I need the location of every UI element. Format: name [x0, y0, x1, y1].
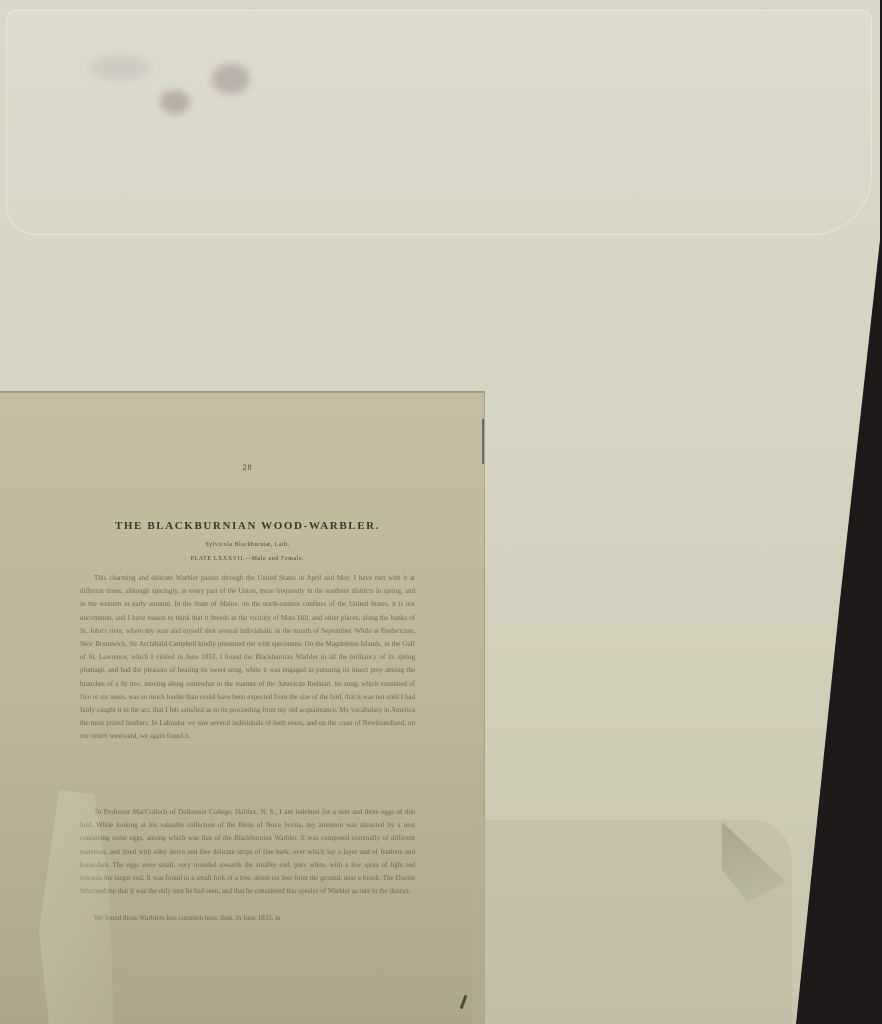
foxing-stain [212, 64, 250, 94]
page-edge-mark [482, 419, 484, 464]
foxing-stain [160, 90, 190, 114]
body-paragraph: This charming and delicate Warbler passe… [80, 572, 415, 806]
body-paragraph: To Professor MacCulloch of Dalhousie Col… [80, 806, 415, 912]
foxing-stain [90, 55, 150, 80]
page-title: THE BLACKBURNIAN WOOD-WARBLER. [80, 520, 415, 532]
body-paragraph: We found those Warblers less common here… [80, 912, 415, 925]
page-text-block: 28 THE BLACKBURNIAN WOOD-WARBLER. Sylvic… [80, 463, 415, 925]
plate-caption: PLATE LXXXVII.—Male and Female. [80, 556, 415, 562]
plastic-sleeve-fold [6, 10, 872, 235]
latin-name: Sylvicola Blackburniæ, Lath. [80, 542, 415, 548]
page-number: 28 [80, 463, 415, 472]
